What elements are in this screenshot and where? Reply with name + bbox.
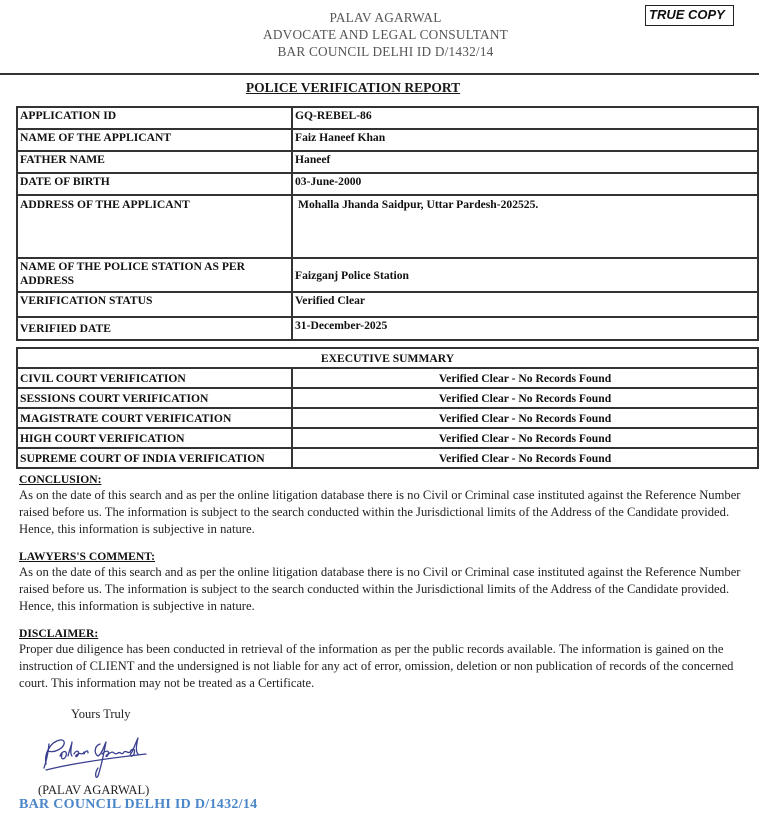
disclaimer-text: Proper due diligence has been conducted … — [19, 641, 759, 692]
table-row: DATE OF BIRTH 03-June-2000 — [17, 173, 758, 195]
advocate-title: ADVOCATE AND LEGAL CONSULTANT — [0, 26, 773, 43]
lawyers-comment-heading: LAWYERS'S COMMENT: — [19, 550, 759, 564]
lawyers-comment-text: As on the date of this search and as per… — [19, 564, 759, 615]
conclusion-section: CONCLUSION: As on the date of this searc… — [19, 473, 759, 538]
field-label: DATE OF BIRTH — [17, 173, 292, 195]
conclusion-heading: CONCLUSION: — [19, 473, 759, 487]
disclaimer-section: DISCLAIMER: Proper due diligence has bee… — [19, 627, 759, 692]
table-row: CIVIL COURT VERIFICATION Verified Clear … — [17, 368, 758, 388]
field-value: 31-December-2025 — [292, 317, 758, 340]
court-result: Verified Clear - No Records Found — [292, 428, 758, 448]
field-value: Faiz Haneef Khan — [292, 129, 758, 151]
field-label: FATHER NAME — [17, 151, 292, 173]
header-divider — [0, 73, 759, 75]
table-row: MAGISTRATE COURT VERIFICATION Verified C… — [17, 408, 758, 428]
table-row: HIGH COURT VERIFICATION Verified Clear -… — [17, 428, 758, 448]
court-label: SUPREME COURT OF INDIA VERIFICATION — [17, 448, 292, 468]
report-title: POLICE VERIFICATION REPORT — [0, 80, 706, 96]
field-label: APPLICATION ID — [17, 107, 292, 129]
closing-text: Yours Truly — [71, 707, 131, 722]
executive-summary-table: EXECUTIVE SUMMARY CIVIL COURT VERIFICATI… — [16, 347, 759, 469]
table-row: ADDRESS OF THE APPLICANT Mohalla Jhanda … — [17, 195, 758, 258]
table-row: SESSIONS COURT VERIFICATION Verified Cle… — [17, 388, 758, 408]
bar-council-id: BAR COUNCIL DELHI ID D/1432/14 — [0, 43, 773, 60]
field-label: ADDRESS OF THE APPLICANT — [17, 195, 292, 258]
field-value: Verified Clear — [292, 292, 758, 317]
table-row: VERIFIED DATE 31-December-2025 — [17, 317, 758, 340]
table-row: SUPREME COURT OF INDIA VERIFICATION Veri… — [17, 448, 758, 468]
disclaimer-heading: DISCLAIMER: — [19, 627, 759, 641]
field-label: NAME OF THE POLICE STATION AS PER ADDRES… — [17, 258, 292, 292]
signature-icon — [40, 734, 150, 782]
court-label: MAGISTRATE COURT VERIFICATION — [17, 408, 292, 428]
executive-summary-heading: EXECUTIVE SUMMARY — [17, 348, 758, 368]
applicant-info-table: APPLICATION ID GQ-REBEL-86 NAME OF THE A… — [16, 106, 759, 341]
court-result: Verified Clear - No Records Found — [292, 368, 758, 388]
true-copy-stamp: TRUE COPY — [645, 5, 734, 26]
lawyers-comment-section: LAWYERS'S COMMENT: As on the date of thi… — [19, 550, 759, 615]
table-row: NAME OF THE POLICE STATION AS PER ADDRES… — [17, 258, 758, 292]
field-value: Faizganj Police Station — [292, 258, 758, 292]
field-value: GQ-REBEL-86 — [292, 107, 758, 129]
table-row: NAME OF THE APPLICANT Faiz Haneef Khan — [17, 129, 758, 151]
court-result: Verified Clear - No Records Found — [292, 448, 758, 468]
table-row: APPLICATION ID GQ-REBEL-86 — [17, 107, 758, 129]
court-label: CIVIL COURT VERIFICATION — [17, 368, 292, 388]
signatory-name: (PALAV AGARWAL) — [38, 783, 149, 798]
field-label: NAME OF THE APPLICANT — [17, 129, 292, 151]
court-label: SESSIONS COURT VERIFICATION — [17, 388, 292, 408]
table-row: FATHER NAME Haneef — [17, 151, 758, 173]
signatory-bar-id: BAR COUNCIL DELHI ID D/1432/14 — [19, 797, 257, 813]
court-result: Verified Clear - No Records Found — [292, 388, 758, 408]
court-label: HIGH COURT VERIFICATION — [17, 428, 292, 448]
field-value: Haneef — [292, 151, 758, 173]
field-value: 03-June-2000 — [292, 173, 758, 195]
table-row: VERIFICATION STATUS Verified Clear — [17, 292, 758, 317]
court-result: Verified Clear - No Records Found — [292, 408, 758, 428]
field-value: Mohalla Jhanda Saidpur, Uttar Pardesh-20… — [292, 195, 758, 258]
field-label: VERIFIED DATE — [17, 317, 292, 340]
field-label: VERIFICATION STATUS — [17, 292, 292, 317]
table-header-row: EXECUTIVE SUMMARY — [17, 348, 758, 368]
conclusion-text: As on the date of this search and as per… — [19, 487, 759, 538]
